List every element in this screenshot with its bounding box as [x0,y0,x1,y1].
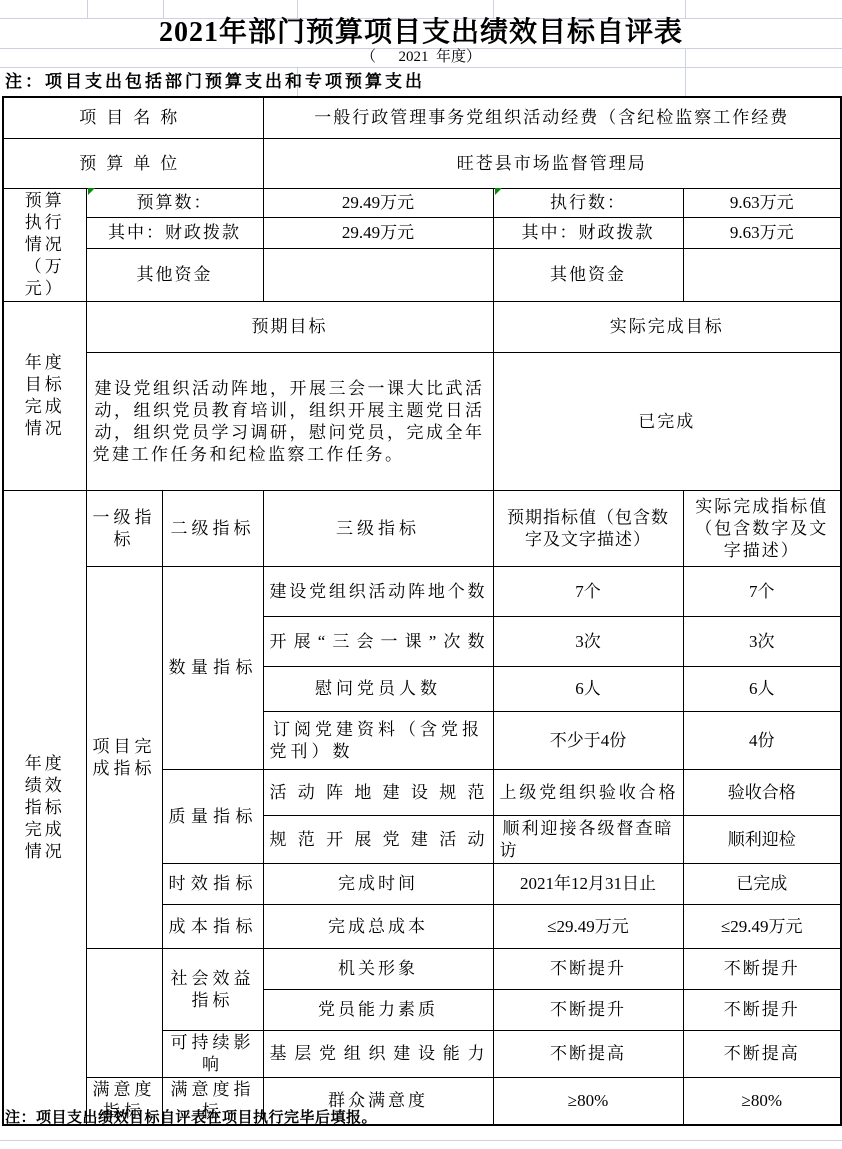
indicator-actual: 已完成 [683,864,841,905]
indicator-name: 党员能力素质 [263,990,493,1031]
indicator-expected: ≤29.49万元 [493,905,683,949]
level2-sustain-cell: 可持续影响 [162,1031,263,1078]
indicator-actual: 不断提升 [683,990,841,1031]
indicator-actual: 验收合格 [683,770,841,816]
indicator-expected: 2021年12月31日止 [493,864,683,905]
fiscal-funds-label: 其中：财政拨款 [493,218,683,248]
fiscal-exec-value: 9.63万元 [683,218,841,248]
indicator-name: 规范开展党建活动 [263,816,493,864]
grid-line [297,0,298,18]
actual-goal-header: 实际完成目标 [493,302,841,353]
budget-amount-label: 预算数： [86,189,263,218]
cell-error-marker-icon [88,188,95,195]
indicator-name: 完成总成本 [263,905,493,949]
indicator-expected: 顺利迎接各级督查暗访 [493,816,683,864]
level2-timeliness-cell: 时效指标 [162,864,263,905]
bottom-note: 注：项目支出绩效目标自评表在项目执行完毕后填报。 [5,1106,835,1127]
project-name-label: 项目名称 [3,97,263,139]
indicator-actual: 顺利迎检 [683,816,841,864]
indicator-expected: 上级党组织验收合格 [493,770,683,816]
indicator-actual: 不断提升 [683,949,841,990]
grid-line [0,1140,842,1141]
level1-header: 一级指标 [86,491,162,567]
indicator-section-label: 年度 绩效 指标 完成 情况 [3,491,86,1126]
other-funds-label: 其他资金 [493,248,683,301]
cell-error-marker-icon [495,188,502,195]
indicator-expected: 6人 [493,667,683,712]
indicator-name: 慰问党员人数 [263,667,493,712]
indicator-actual: 6人 [683,667,841,712]
other-exec-value [683,248,841,301]
budget-amount-value: 29.49万元 [263,189,493,218]
other-funds-label: 其他资金 [86,248,263,301]
indicator-name: 基层党组织建设能力 [263,1031,493,1078]
level2-quality-cell: 质量指标 [162,770,263,864]
indicator-name: 活动阵地建设规范 [263,770,493,816]
indicator-expected: 7个 [493,567,683,617]
grid-line [163,0,164,18]
indicator-name: 完成时间 [263,864,493,905]
level2-social-cell: 社会效益指标 [162,949,263,1031]
indicator-actual: 4份 [683,712,841,770]
project-name-value: 一般行政管理事务党组织活动经费（含纪检监察工作经费 [263,97,841,139]
exec-amount-label: 执行数： [493,189,683,218]
level2-header: 二级指标 [162,491,263,567]
spreadsheet-page: 2021年部门预算项目支出绩效目标自评表 （ 2021 年度） 注：项目支出包括… [0,0,842,1149]
budget-unit-label: 预算单位 [3,139,263,189]
indicator-name: 建设党组织活动阵地个数 [263,567,493,617]
grid-line [87,0,88,18]
expected-value-header: 预期指标值（包含数字及文字描述） [493,491,683,567]
self-evaluation-table: 项目名称 一般行政管理事务党组织活动经费（含纪检监察工作经费 预算单位 旺苍县市… [2,96,842,1126]
expected-goal-text: 建设党组织活动阵地，开展三会一课大比武活动，组织党员教育培训，组织开展主题党日活… [86,353,493,491]
indicator-expected: 不少于4份 [493,712,683,770]
exec-amount-value: 9.63万元 [683,189,841,218]
page-title: 2021年部门预算项目支出绩效目标自评表 [0,17,842,48]
actual-value-header: 实际完成指标值（包含数字及文字描述） [683,491,841,567]
indicator-name: 开展“三会一课”次数 [263,617,493,667]
actual-goal-text: 已完成 [493,353,841,491]
indicator-expected: 不断提升 [493,990,683,1031]
grid-line [685,0,686,18]
indicator-expected: 3次 [493,617,683,667]
expected-goal-header: 预期目标 [86,302,493,353]
indicator-actual: 不断提高 [683,1031,841,1078]
other-budget-value [263,248,493,301]
fiscal-budget-value: 29.49万元 [263,218,493,248]
level2-cost-cell: 成本指标 [162,905,263,949]
indicator-name: 订阅党建资料（含党报党刊）数 [263,712,493,770]
level1-benefit-cell [86,949,162,1078]
indicator-expected: 不断提升 [493,949,683,990]
goal-section-label: 年度 目标 完成 情况 [3,302,86,491]
indicator-actual: 7个 [683,567,841,617]
indicator-actual: ≤29.49万元 [683,905,841,949]
indicator-name: 机关形象 [263,949,493,990]
indicator-actual: 3次 [683,617,841,667]
page-subtitle: （ 2021 年度） [0,48,842,67]
top-note: 注：项目支出包括部门预算支出和专项预算支出 [5,67,835,96]
budget-section-label: 预算 执行 情况 （万元） [3,189,86,302]
fiscal-funds-label: 其中：财政拨款 [86,218,263,248]
indicator-expected: 不断提高 [493,1031,683,1078]
level2-quantity-cell: 数量指标 [162,567,263,770]
level3-header: 三级指标 [263,491,493,567]
grid-line [493,0,494,18]
budget-unit-value: 旺苍县市场监督管理局 [263,139,841,189]
level1-project-cell: 项目完成指标 [86,567,162,949]
